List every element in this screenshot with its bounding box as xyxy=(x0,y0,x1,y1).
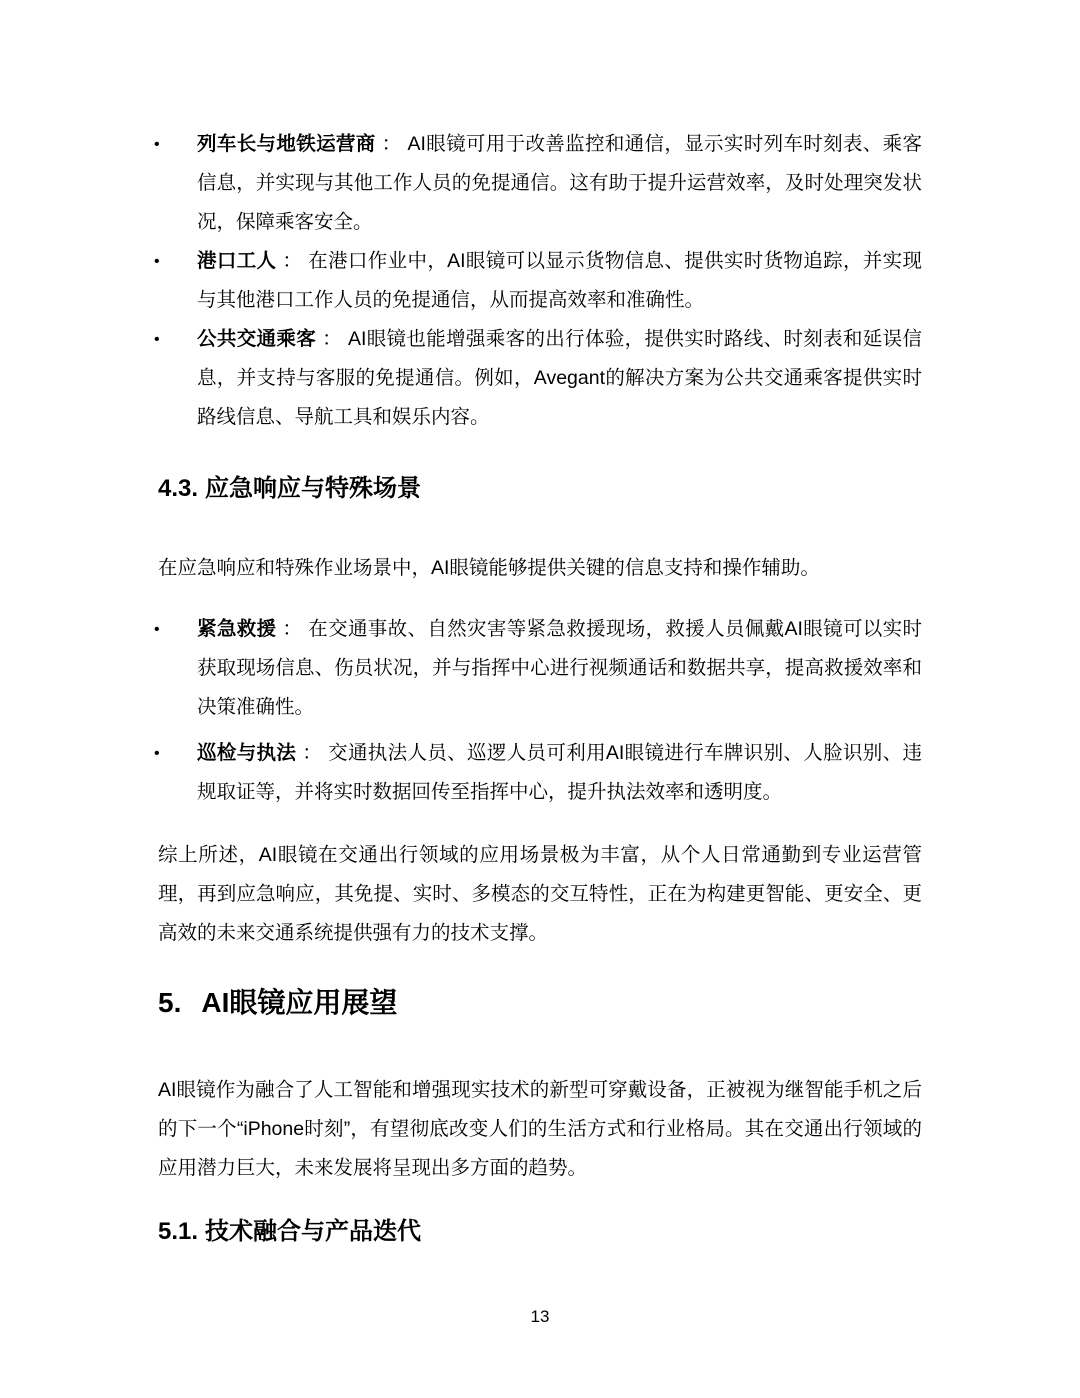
bullet-icon: • xyxy=(154,320,160,359)
paragraph-outlook-intro: AI眼镜作为融合了人工智能和增强现实技术的新型可穿戴设备，正被视为继智能手机之后… xyxy=(158,1071,922,1188)
document-page: • 列车长与地铁运营商：AI眼镜可用于改善监控和通信，显示实时列车时刻表、乘客信… xyxy=(0,0,1080,1398)
heading-number: 4.3. xyxy=(158,475,198,502)
section-heading-5-1: 5.1.技术融合与产品迭代 xyxy=(158,1216,922,1248)
bullet-icon: • xyxy=(154,125,160,164)
heading-title: 技术融合与产品迭代 xyxy=(205,1218,421,1245)
bullet-list-transport-roles: • 列车长与地铁运营商：AI眼镜可用于改善监控和通信，显示实时列车时刻表、乘客信… xyxy=(158,125,922,437)
bullet-icon: • xyxy=(154,734,160,773)
list-item-emergency-rescue: • 紧急救援：在交通事故、自然灾害等紧急救援现场，救援人员佩戴AI眼镜可以实时获… xyxy=(158,610,922,727)
paragraph-summary: 综上所述，AI眼镜在交通出行领域的应用场景极为丰富，从个人日常通勤到专业运营管理… xyxy=(158,836,922,953)
bullet-icon: • xyxy=(154,610,160,649)
bullet-icon: • xyxy=(154,242,160,281)
list-item-public-transit-passengers: • 公共交通乘客：AI眼镜也能增强乘客的出行体验，提供实时路线、时刻表和延误信息… xyxy=(158,320,922,437)
list-item-train-operators: • 列车长与地铁运营商：AI眼镜可用于改善监控和通信，显示实时列车时刻表、乘客信… xyxy=(158,125,922,242)
list-term: 巡检与执法 xyxy=(197,742,296,764)
term-colon: ： xyxy=(376,133,408,155)
term-colon: ： xyxy=(276,618,308,640)
term-colon: ： xyxy=(316,328,348,350)
list-term: 列车长与地铁运营商 xyxy=(197,133,376,155)
heading-number: 5. xyxy=(158,987,181,1018)
page-number: 13 xyxy=(158,1305,922,1329)
term-colon: ： xyxy=(296,742,328,764)
list-term: 紧急救援 xyxy=(197,618,276,640)
list-term: 公共交通乘客 xyxy=(197,328,316,350)
list-term: 港口工人 xyxy=(197,250,276,272)
heading-title: 应急响应与特殊场景 xyxy=(205,475,421,502)
section-heading-4-3: 4.3.应急响应与特殊场景 xyxy=(158,473,922,505)
heading-number: 5.1. xyxy=(158,1218,198,1245)
list-item-inspection-enforcement: • 巡检与执法：交通执法人员、巡逻人员可利用AI眼镜进行车牌识别、人脸识别、违规… xyxy=(158,734,922,812)
paragraph-emergency-intro: 在应急响应和特殊作业场景中，AI眼镜能够提供关键的信息支持和操作辅助。 xyxy=(158,549,922,588)
bullet-list-emergency-scenarios: • 紧急救援：在交通事故、自然灾害等紧急救援现场，救援人员佩戴AI眼镜可以实时获… xyxy=(158,610,922,812)
heading-title: AI眼镜应用展望 xyxy=(201,987,397,1018)
list-item-port-workers: • 港口工人：在港口作业中，AI眼镜可以显示货物信息、提供实时货物追踪，并实现与… xyxy=(158,242,922,320)
section-heading-5: 5.AI眼镜应用展望 xyxy=(158,983,922,1023)
term-colon: ： xyxy=(276,250,308,272)
